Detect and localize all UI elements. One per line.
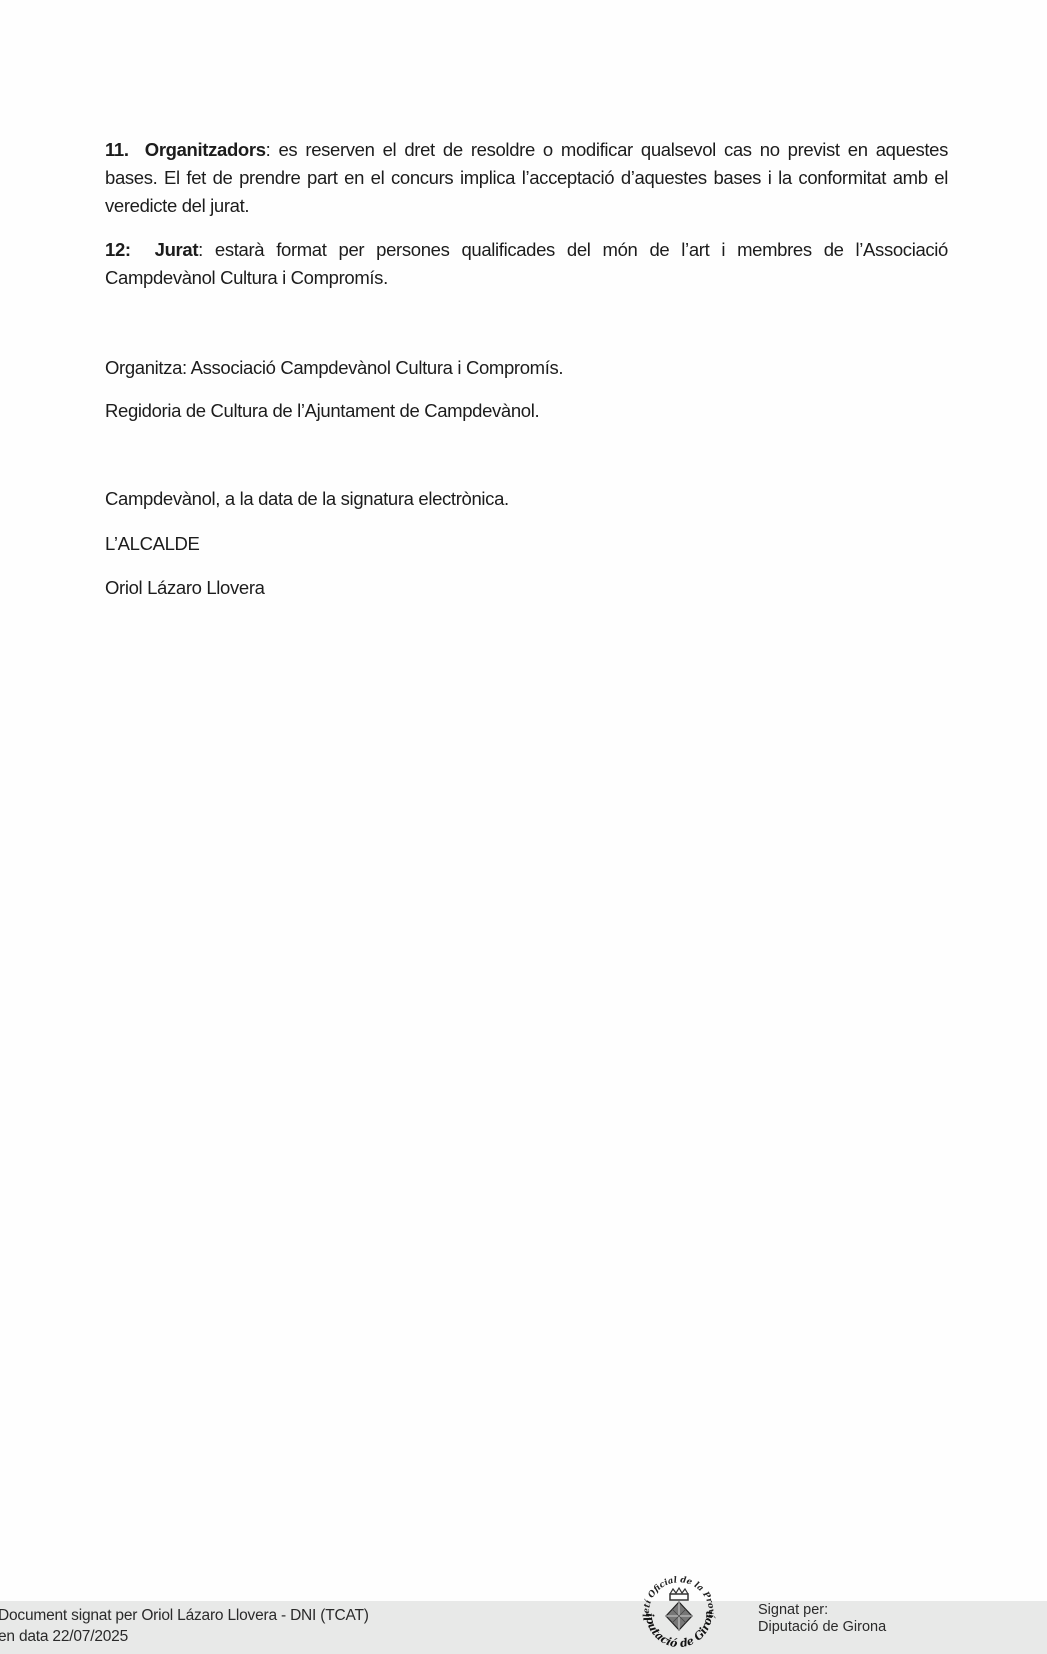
section-12: 12: Jurat: estarà format per persones qu… — [105, 236, 948, 292]
electronic-signature-info: Document signat per Oriol Lázaro Llovera… — [0, 1605, 369, 1647]
signed-by-person: Document signat per Oriol Lázaro Llovera… — [0, 1605, 369, 1626]
section-12-number: 12: — [105, 239, 131, 260]
signed-by-entity: Diputació de Girona — [758, 1619, 886, 1636]
official-seal-icon: Butlletí Oficial de la Província Diputac… — [636, 1570, 722, 1654]
signed-by-entity-block: Signat per: Diputació de Girona — [758, 1602, 886, 1636]
section-12-text: : estarà format per persones qualificade… — [105, 239, 948, 288]
regidoria-line: Regidoria de Cultura de l’Ajuntament de … — [105, 397, 539, 425]
section-11-heading: Organitzadors — [145, 139, 266, 160]
signed-by-label: Signat per: — [758, 1602, 886, 1619]
place-date-line: Campdevànol, a la data de la signatura e… — [105, 485, 509, 513]
organizer-line: Organitza: Associació Campdevànol Cultur… — [105, 354, 563, 382]
signatory-title: L’ALCALDE — [105, 530, 200, 558]
section-11: 11. Organitzadors: es reserven el dret d… — [105, 136, 948, 220]
signature-date: en data 22/07/2025 — [0, 1626, 369, 1647]
section-11-number: 11. — [105, 139, 129, 160]
section-12-heading: Jurat — [155, 239, 199, 260]
signatory-name: Oriol Lázaro Llovera — [105, 574, 265, 602]
